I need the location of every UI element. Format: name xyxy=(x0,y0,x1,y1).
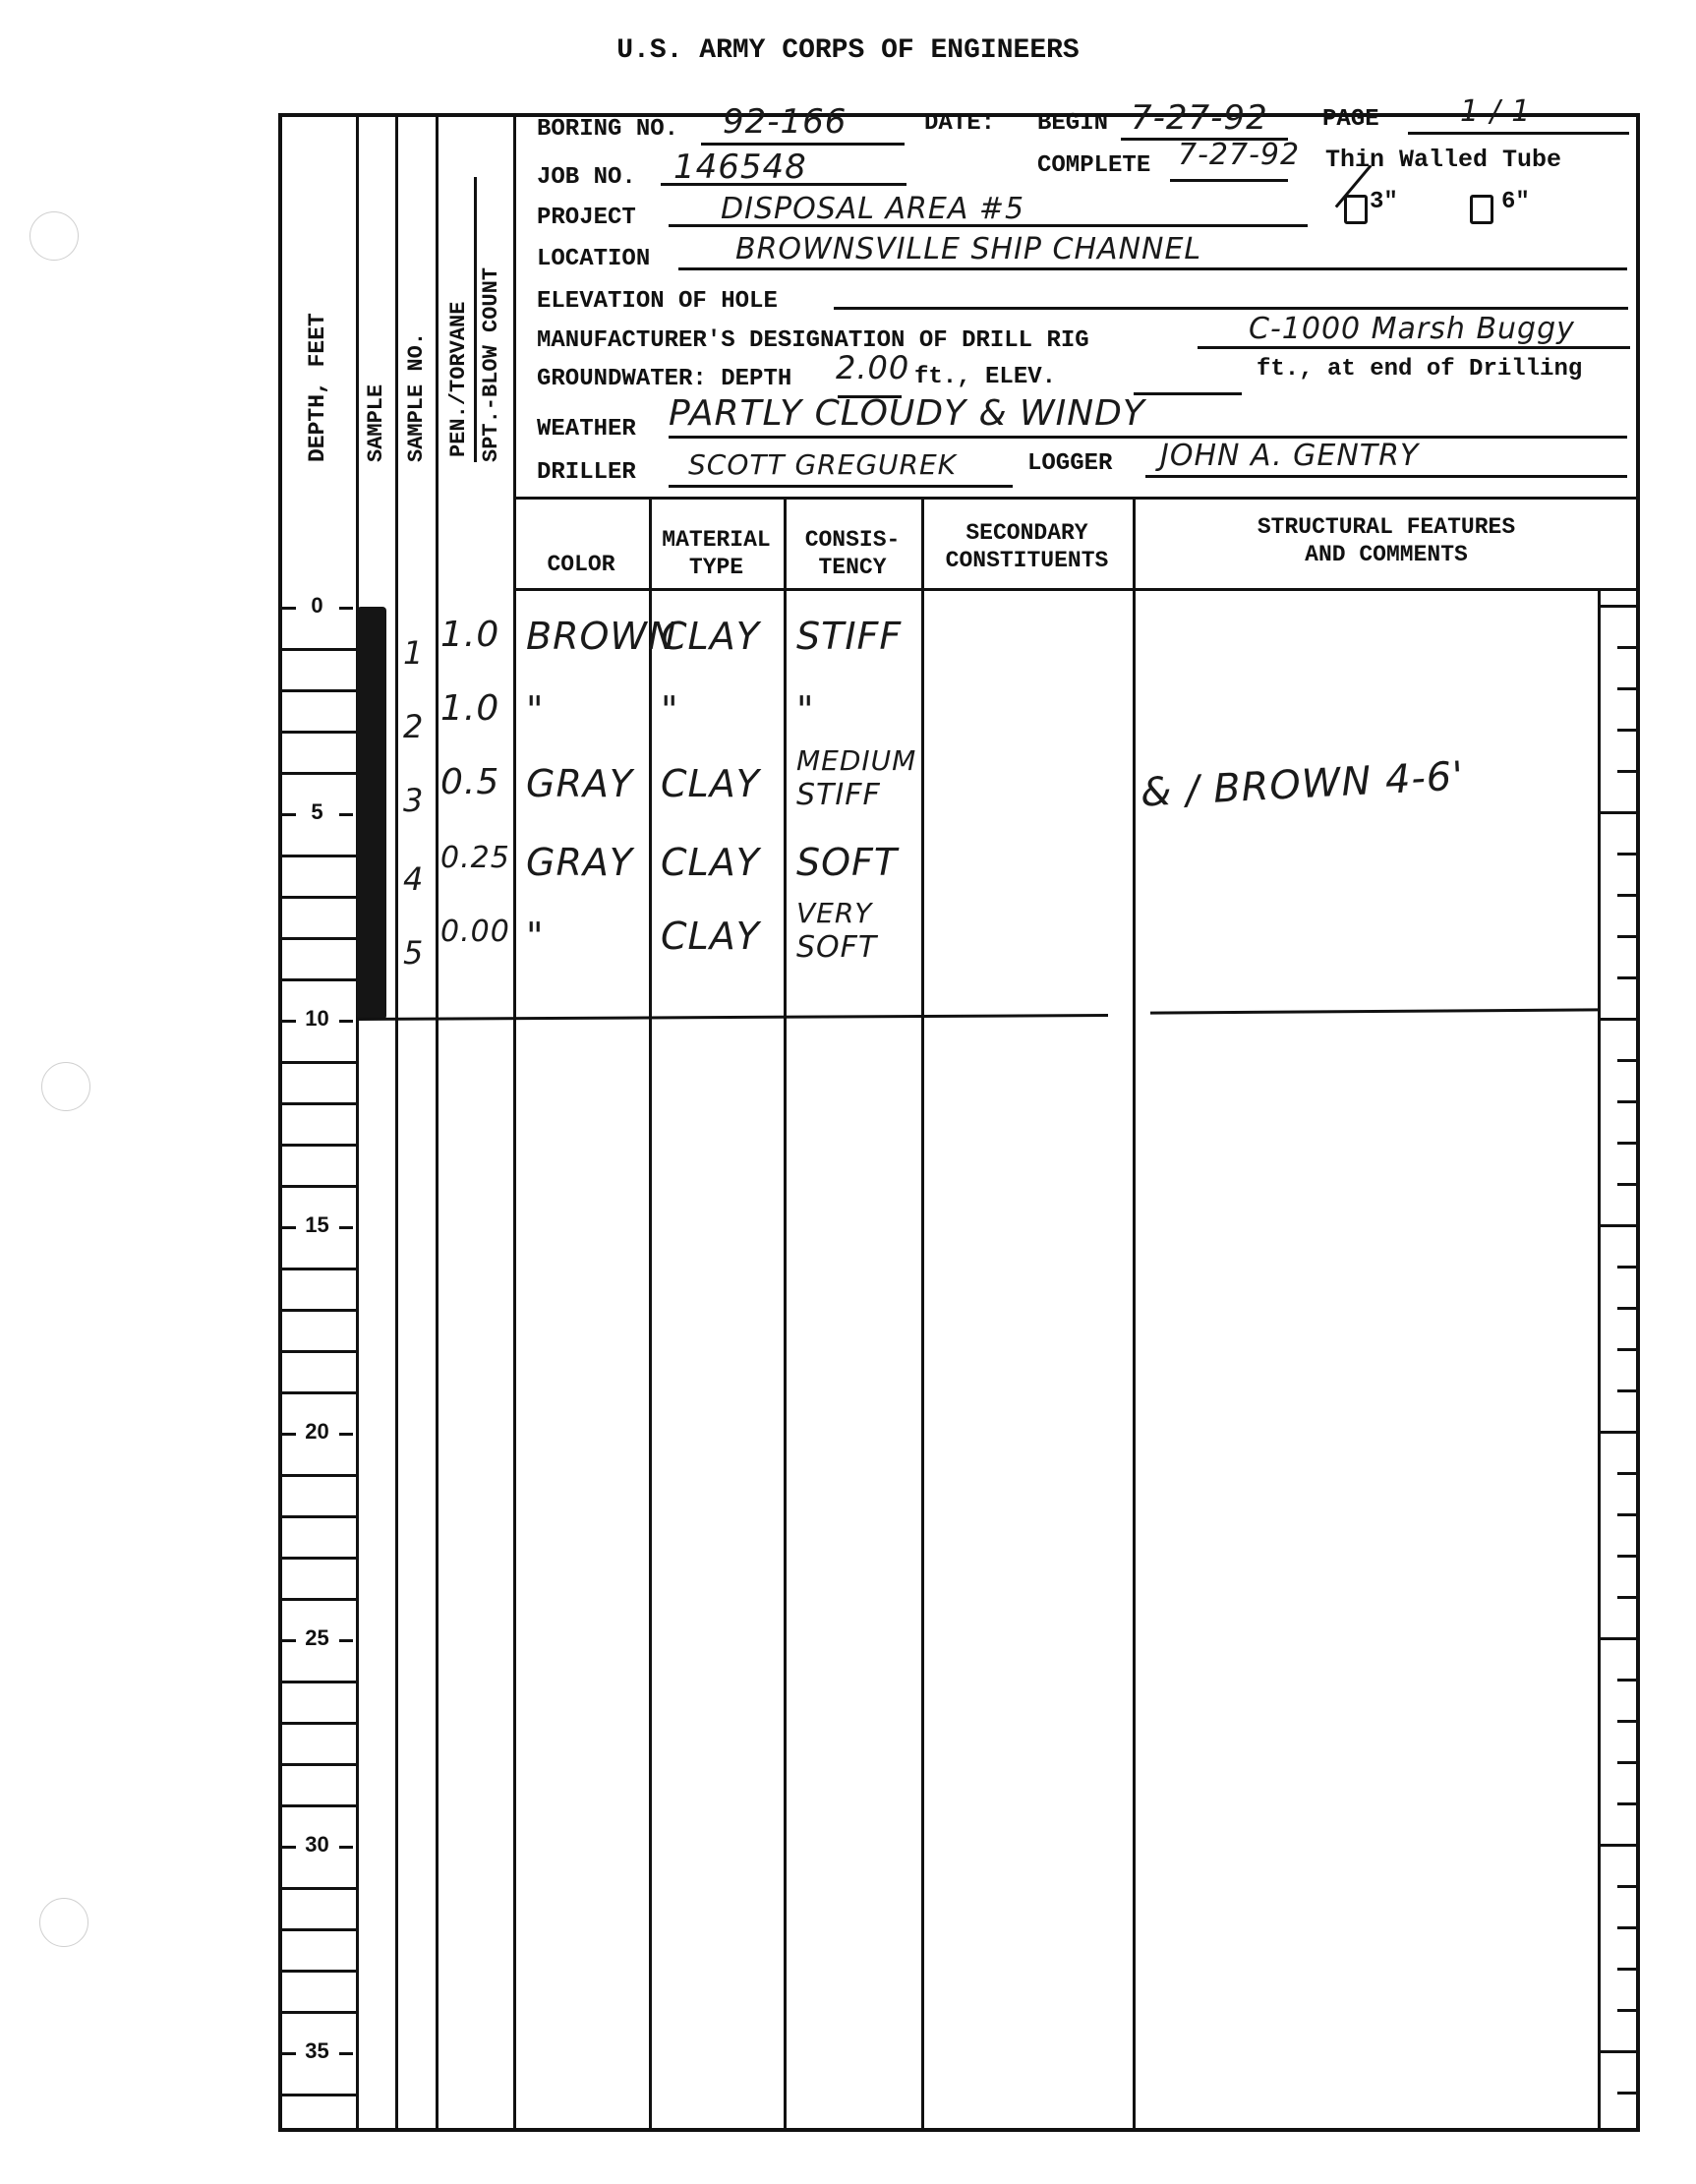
pen-torvane-cell[interactable]: 1.0 xyxy=(440,688,499,729)
right-depth-tick-minor xyxy=(1617,1885,1640,1888)
right-depth-tick-minor xyxy=(1617,1266,1640,1269)
right-depth-tick-minor xyxy=(1617,1059,1640,1062)
project-value[interactable]: DISPOSAL AREA #5 xyxy=(721,192,1024,226)
depth-tick xyxy=(282,1846,296,1849)
depth-tick xyxy=(282,978,356,981)
color-cell[interactable]: GRAY xyxy=(526,762,633,805)
logger-value[interactable]: JOHN A. GENTRY xyxy=(1160,439,1419,473)
tube-label: Thin Walled Tube xyxy=(1325,146,1561,174)
depth-tick xyxy=(282,2011,356,2014)
right-depth-tick-minor xyxy=(1617,729,1640,732)
depth-tick xyxy=(282,648,356,651)
depth-tick xyxy=(282,1309,356,1312)
depth-tick xyxy=(282,1185,356,1188)
pen-torvane-header: PEN./TORVANE xyxy=(446,302,471,457)
right-depth-tick-minor xyxy=(1617,1555,1640,1558)
material-cell[interactable]: CLAY xyxy=(661,615,760,658)
divider xyxy=(356,113,359,2132)
sample-no-cell[interactable]: 5 xyxy=(403,934,424,972)
right-depth-tick-minor xyxy=(1617,1968,1640,1971)
tube-3in-checkbox[interactable] xyxy=(1344,195,1368,224)
right-depth-tick-major xyxy=(1598,811,1640,814)
divider xyxy=(474,177,477,462)
depth-tick xyxy=(282,1763,356,1766)
date-label: DATE: xyxy=(924,110,995,137)
tube-6in-label: 6" xyxy=(1501,189,1530,215)
depth-tick xyxy=(339,1020,353,1023)
column-header-structural: STRUCTURAL FEATURES AND COMMENTS xyxy=(1133,513,1640,568)
depth-tick xyxy=(339,1226,353,1229)
job-no-label: JOB NO. xyxy=(537,164,636,191)
underline xyxy=(669,224,1308,227)
hole-punch xyxy=(29,211,79,261)
consistency-cell[interactable]: MEDIUM xyxy=(796,744,916,777)
depth-label: 15 xyxy=(278,1212,356,1238)
weather-label: WEATHER xyxy=(537,416,636,443)
right-depth-tick-minor xyxy=(1617,1926,1640,1929)
right-depth-tick-minor xyxy=(1617,646,1640,649)
depth-tick xyxy=(282,772,356,775)
depth-tick xyxy=(282,1887,356,1890)
divider xyxy=(395,113,398,2132)
complete-date-value[interactable]: 7-27-92 xyxy=(1178,138,1300,172)
ft-elev-label: ft., ELEV. xyxy=(914,364,1056,390)
driller-label: DRILLER xyxy=(537,459,636,486)
underline xyxy=(1198,346,1630,349)
drill-rig-value[interactable]: C-1000 Marsh Buggy xyxy=(1249,312,1575,346)
depth-label: 10 xyxy=(278,1006,356,1032)
right-depth-tick-minor xyxy=(1617,1472,1640,1475)
color-cell[interactable]: GRAY xyxy=(526,841,633,884)
divider xyxy=(1133,497,1136,2132)
color-cell[interactable]: BROWN xyxy=(526,615,676,658)
consistency-cell[interactable]: STIFF xyxy=(796,778,881,812)
depth-tick xyxy=(282,813,296,816)
column-header-material: MATERIAL TYPE xyxy=(649,526,784,581)
column-header-material-line1: MATERIAL xyxy=(649,526,784,554)
job-no-value[interactable]: 146548 xyxy=(673,148,807,187)
right-depth-tick-minor xyxy=(1617,935,1640,938)
depth-label: 25 xyxy=(278,1625,356,1651)
sample-header: SAMPLE xyxy=(364,384,388,462)
right-depth-tick-minor xyxy=(1617,1596,1640,1599)
divider xyxy=(1598,588,1601,2132)
groundwater-label: GROUNDWATER: DEPTH xyxy=(537,366,791,392)
depth-tick xyxy=(282,1804,356,1807)
depth-tick xyxy=(282,1061,356,1064)
depth-tick xyxy=(282,2052,296,2055)
depth-tick xyxy=(282,1722,356,1725)
column-header-color-text: COLOR xyxy=(547,552,614,577)
depth-tick xyxy=(282,1681,356,1683)
depth-tick xyxy=(282,1102,356,1105)
depth-tick xyxy=(282,689,356,692)
right-depth-tick-major xyxy=(1598,605,1640,608)
divider xyxy=(784,497,787,2132)
depth-label: 5 xyxy=(278,799,356,825)
depth-tick xyxy=(282,937,356,940)
column-header-color: COLOR xyxy=(513,551,649,578)
right-depth-tick-major xyxy=(1598,1637,1640,1640)
begin-date-value[interactable]: 7-27-92 xyxy=(1131,98,1268,138)
right-depth-tick-minor xyxy=(1617,1389,1640,1392)
right-depth-tick-minor xyxy=(1617,1348,1640,1351)
underline xyxy=(669,485,1013,488)
right-depth-tick-minor xyxy=(1617,853,1640,856)
depth-tick xyxy=(282,1226,296,1229)
column-header-secondary-line1: SECONDARY xyxy=(921,519,1133,547)
depth-label: 20 xyxy=(278,1419,356,1445)
depth-tick xyxy=(282,1144,356,1147)
underline xyxy=(1170,179,1288,182)
right-depth-tick-minor xyxy=(1617,2092,1640,2095)
location-label: LOCATION xyxy=(537,246,650,272)
right-depth-tick-minor xyxy=(1617,1761,1640,1764)
sample-no-cell[interactable]: 2 xyxy=(403,708,424,745)
underline xyxy=(834,307,1628,310)
underline xyxy=(669,436,1627,439)
right-depth-tick-minor xyxy=(1617,770,1640,773)
right-depth-tick-major xyxy=(1598,1224,1640,1227)
pen-torvane-cell[interactable]: 1.0 xyxy=(440,615,499,655)
depth-tick xyxy=(339,2052,353,2055)
depth-tick xyxy=(282,896,356,899)
hole-punch xyxy=(39,1898,88,1947)
column-header-consistency-line2: TENCY xyxy=(784,554,921,581)
right-depth-tick-major xyxy=(1598,1018,1640,1021)
depth-tick xyxy=(339,813,353,816)
right-depth-tick-minor xyxy=(1617,1142,1640,1145)
right-depth-tick-minor xyxy=(1617,1679,1640,1682)
column-header-structural-line2: AND COMMENTS xyxy=(1133,541,1640,568)
depth-tick xyxy=(339,1846,353,1849)
sample-core-bar xyxy=(357,607,386,1020)
column-header-consistency: CONSIS- TENCY xyxy=(784,526,921,581)
color-cell[interactable]: " xyxy=(526,915,544,958)
right-depth-tick-minor xyxy=(1617,1802,1640,1805)
consistency-cell[interactable]: SOFT xyxy=(796,930,877,965)
page-label: PAGE xyxy=(1322,106,1379,133)
color-cell[interactable]: " xyxy=(526,688,544,732)
right-depth-tick-minor xyxy=(1617,1513,1640,1516)
depth-tick xyxy=(282,1515,356,1518)
sample-no-header: SAMPLE NO. xyxy=(404,332,429,462)
material-cell[interactable]: " xyxy=(661,688,678,732)
underline xyxy=(678,267,1627,270)
boring-no-label: BORING NO. xyxy=(537,116,678,143)
sample-no-cell[interactable]: 1 xyxy=(403,634,424,672)
depth-tick xyxy=(339,607,353,610)
depth-tick xyxy=(282,855,356,857)
right-depth-tick-major xyxy=(1598,1431,1640,1434)
divider xyxy=(513,497,1640,500)
underline xyxy=(1134,392,1242,395)
underline xyxy=(1145,475,1627,478)
sample-no-cell[interactable]: 3 xyxy=(403,782,424,819)
depth-tick xyxy=(282,1268,356,1270)
depth-tick xyxy=(282,1020,296,1023)
driller-value[interactable]: SCOTT GREGUREK xyxy=(688,448,957,481)
drill-rig-label: MANUFACTURER'S DESIGNATION OF DRILL RIG xyxy=(537,327,1089,354)
right-depth-tick-minor xyxy=(1617,2009,1640,2012)
depth-label: 30 xyxy=(278,1832,356,1858)
project-label: PROJECT xyxy=(537,205,636,231)
hole-punch xyxy=(41,1062,90,1111)
depth-tick xyxy=(282,1391,356,1394)
pen-torvane-cell[interactable]: 0.25 xyxy=(440,841,510,875)
depth-label: 35 xyxy=(278,2038,356,2064)
material-cell[interactable]: CLAY xyxy=(661,841,760,884)
material-cell[interactable]: CLAY xyxy=(661,915,760,958)
right-depth-tick-minor xyxy=(1617,1720,1640,1723)
complete-label: COMPLETE xyxy=(1037,152,1150,179)
column-header-consistency-line1: CONSIS- xyxy=(784,526,921,554)
depth-tick xyxy=(282,1474,356,1477)
column-header-material-line2: TYPE xyxy=(649,554,784,581)
pen-torvane-cell[interactable]: 0.00 xyxy=(440,915,510,949)
depth-tick xyxy=(282,1350,356,1353)
logger-label: LOGGER xyxy=(1027,450,1112,477)
depth-tick xyxy=(282,2094,356,2096)
depth-tick xyxy=(282,1970,356,1973)
pen-torvane-cell[interactable]: 0.5 xyxy=(440,762,499,802)
column-header-structural-line1: STRUCTURAL FEATURES xyxy=(1133,513,1640,541)
tube-3in-label: 3" xyxy=(1370,189,1398,215)
depth-tick xyxy=(339,1639,353,1642)
depth-label: 0 xyxy=(278,593,356,619)
column-header-secondary-line2: CONSTITUENTS xyxy=(921,547,1133,574)
divider xyxy=(513,113,516,2132)
underline xyxy=(661,183,906,186)
column-header-secondary: SECONDARY CONSTITUENTS xyxy=(921,519,1133,574)
location-value[interactable]: BROWNSVILLE SHIP CHANNEL xyxy=(735,232,1201,266)
page-value[interactable]: 1 / 1 xyxy=(1460,94,1531,129)
depth-header: DEPTH, FEET xyxy=(305,313,330,462)
consistency-cell[interactable]: " xyxy=(796,688,814,732)
agency-title: U.S. ARMY CORPS OF ENGINEERS xyxy=(0,35,1696,66)
right-depth-tick-major xyxy=(1598,1844,1640,1847)
consistency-cell[interactable]: SOFT xyxy=(796,841,898,884)
boring-no-value[interactable]: 92-166 xyxy=(723,102,847,142)
depth-tick xyxy=(339,1433,353,1436)
depth-tick xyxy=(282,1433,296,1436)
elevation-label: ELEVATION OF HOLE xyxy=(537,288,778,315)
right-depth-tick-minor xyxy=(1617,976,1640,979)
depth-tick xyxy=(282,607,296,610)
right-depth-tick-minor xyxy=(1617,1100,1640,1103)
depth-tick xyxy=(282,1928,356,1931)
tube-6in-checkbox[interactable] xyxy=(1470,195,1493,224)
underline xyxy=(1408,132,1629,135)
consistency-cell[interactable]: STIFF xyxy=(796,615,902,658)
right-depth-tick-minor xyxy=(1617,1307,1640,1310)
consistency-cell[interactable]: VERY xyxy=(796,897,872,929)
right-depth-tick-minor xyxy=(1617,687,1640,690)
divider xyxy=(436,113,439,2132)
weather-value[interactable]: PARTLY CLOUDY & WINDY xyxy=(669,393,1145,434)
end-of-drilling-label: ft., at end of Drilling xyxy=(1257,356,1582,383)
divider xyxy=(921,497,924,2132)
right-depth-tick-major xyxy=(1598,2050,1640,2053)
begin-label: BEGIN xyxy=(1037,110,1108,137)
divider xyxy=(513,588,1640,591)
right-depth-tick-minor xyxy=(1617,894,1640,897)
underline xyxy=(701,143,905,146)
spt-blow-count-header: SPT.-BLOW COUNT xyxy=(479,267,503,462)
depth-tick xyxy=(282,1598,356,1601)
depth-tick xyxy=(282,1557,356,1560)
divider xyxy=(649,497,652,2132)
groundwater-depth-value[interactable]: 2.00 xyxy=(836,349,909,386)
sample-no-cell[interactable]: 4 xyxy=(403,860,424,898)
right-depth-tick-minor xyxy=(1617,1183,1640,1186)
depth-tick xyxy=(282,731,356,734)
depth-tick xyxy=(282,1639,296,1642)
material-cell[interactable]: CLAY xyxy=(661,762,760,805)
